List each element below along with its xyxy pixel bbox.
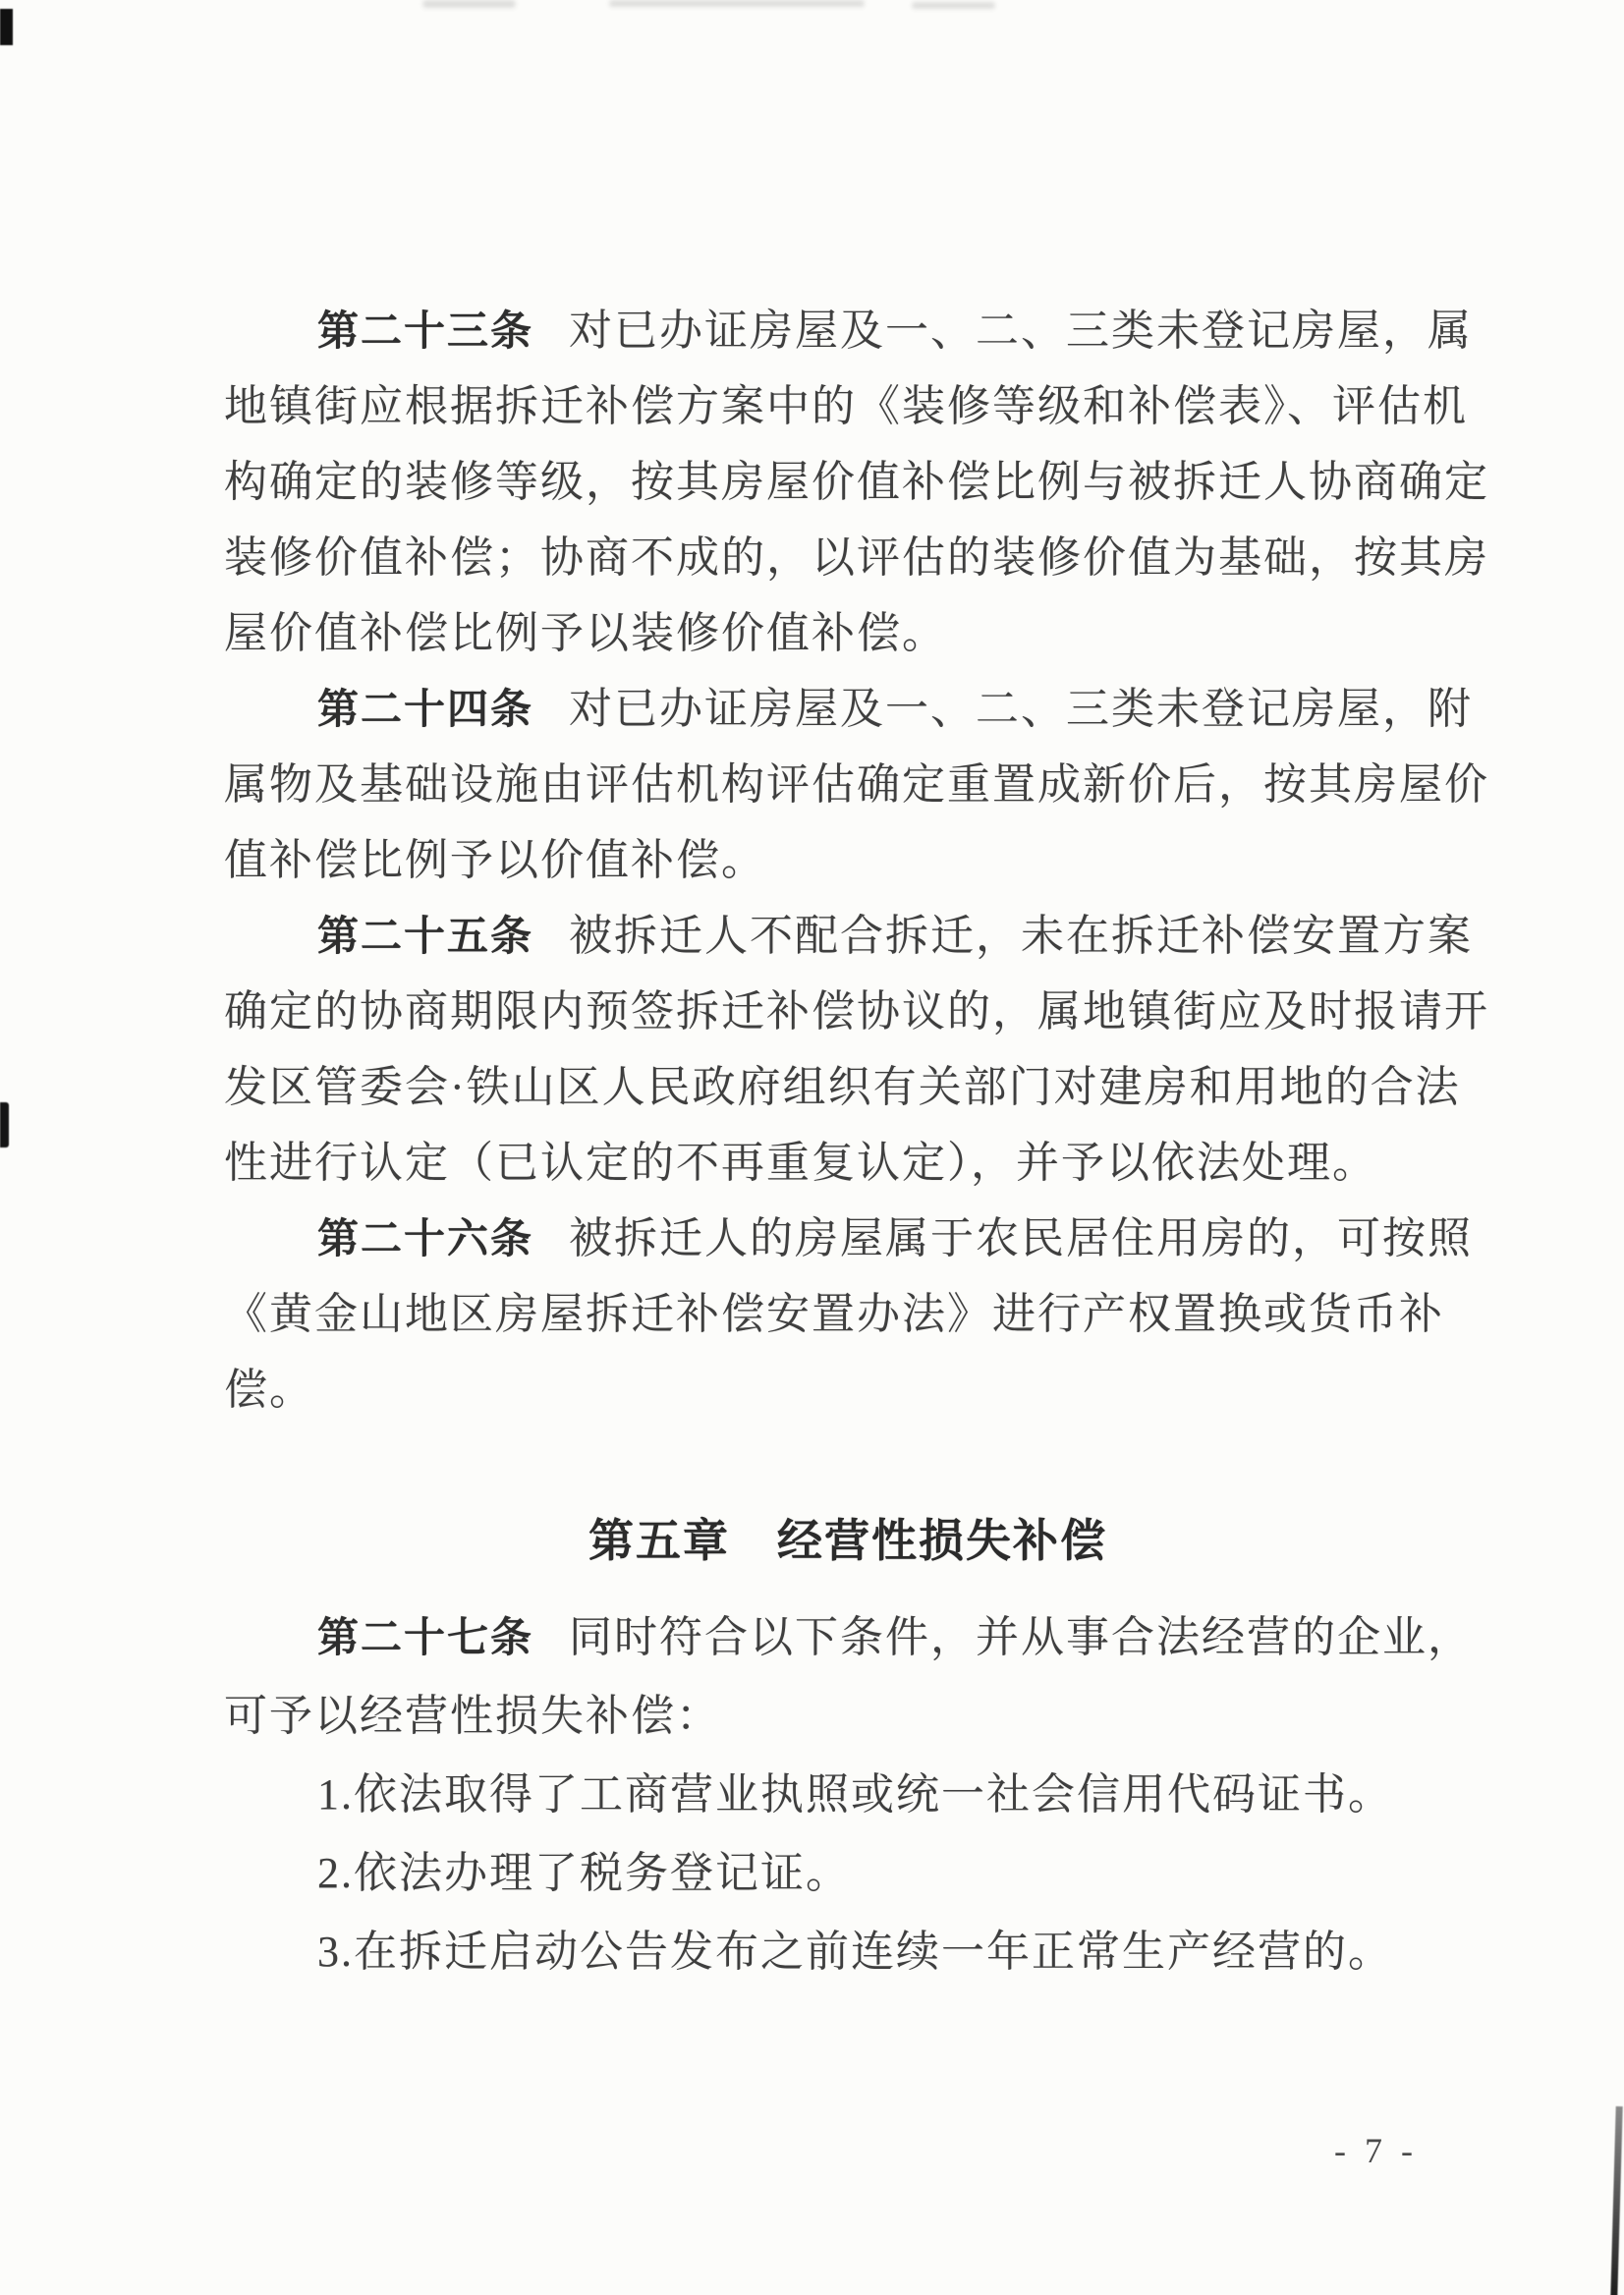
article-26-line-1-text: 被拆迁人的房屋属于农民居住用房的，可按照 [569, 1214, 1473, 1262]
document-page: 第二十三条对已办证房屋及一、二、三类未登记房屋，属 地镇街应根据拆迁补偿方案中的… [0, 0, 1624, 2295]
article-24-paragraph: 第二十四条对已办证房屋及一、二、三类未登记房屋，附 属物及基础设施由评估机构评估… [224, 671, 1491, 898]
content-area-lower: 第二十七条同时符合以下条件，并从事合法经营的企业， 可予以经营性损失补偿： 1.… [224, 1598, 1491, 1991]
article-27-paragraph: 第二十七条同时符合以下条件，并从事合法经营的企业， 可予以经营性损失补偿： [224, 1598, 1491, 1756]
article-24-line-2: 属物及基础设施由评估机构评估确定重置成新价后，按其房屋价 [224, 747, 1491, 822]
article-25-line-3: 发区管委会·铁山区人民政府组织有关部门对建房和用地的合法 [224, 1049, 1491, 1125]
article-26-number: 第二十六条 [317, 1215, 533, 1261]
article-23-line-4: 装修价值补偿；协商不成的，以评估的装修价值为基础，按其房 [224, 520, 1491, 595]
list-item-3: 3.在拆迁启动公告发布之前连续一年正常生产经营的。 [224, 1913, 1491, 1991]
article-24-line-3: 值补偿比例予以价值补偿。 [224, 822, 1491, 898]
content-area: 第二十三条对已办证房屋及一、二、三类未登记房屋，属 地镇街应根据拆迁补偿方案中的… [224, 293, 1491, 1427]
article-27-line-1: 第二十七条同时符合以下条件，并从事合法经营的企业， [224, 1598, 1491, 1677]
article-23-line-3: 构确定的装修等级，按其房屋价值补偿比例与被拆迁人协商确定 [224, 444, 1491, 520]
scan-edge-line-bottom-right [1610, 2106, 1622, 2295]
article-23-line-1: 第二十三条对已办证房屋及一、二、三类未登记房屋，属 [224, 293, 1491, 368]
article-25-line-4: 性进行认定（已认定的不再重复认定），并予以依法处理。 [224, 1125, 1491, 1201]
article-24-number: 第二十四条 [317, 686, 533, 732]
article-25-number: 第二十五条 [317, 913, 533, 959]
conditions-list: 1.依法取得了工商营业执照或统一社会信用代码证书。 2.依法办理了税务登记证。 … [224, 1756, 1491, 1991]
article-23-number: 第二十三条 [317, 308, 533, 354]
article-23-line-1-text: 对已办证房屋及一、二、三类未登记房屋，属 [569, 307, 1473, 355]
article-24-line-1-text: 对已办证房屋及一、二、三类未登记房屋，附 [569, 685, 1473, 733]
article-27-number: 第二十七条 [317, 1614, 533, 1660]
scan-mark-left-edge [0, 1102, 9, 1147]
article-25-line-1: 第二十五条被拆迁人不配合拆迁，未在拆迁补偿安置方案 [224, 898, 1491, 974]
article-26-line-2: 《黄金山地区房屋拆迁补偿安置办法》进行产权置换或货币补 [224, 1276, 1491, 1352]
scan-smudge-top-2 [609, 0, 865, 7]
scan-smudge-top-3 [912, 2, 995, 9]
article-25-line-2: 确定的协商期限内预签拆迁补偿协议的，属地镇街应及时报请开 [224, 974, 1491, 1049]
article-26-paragraph: 第二十六条被拆迁人的房屋属于农民居住用房的，可按照 《黄金山地区房屋拆迁补偿安置… [224, 1201, 1491, 1427]
article-23-line-5: 屋价值补偿比例予以装修价值补偿。 [224, 595, 1491, 671]
page-number: - 7 - [1334, 2130, 1418, 2171]
article-26-line-1: 第二十六条被拆迁人的房屋属于农民居住用房的，可按照 [224, 1201, 1491, 1276]
article-24-line-1: 第二十四条对已办证房屋及一、二、三类未登记房屋，附 [224, 671, 1491, 747]
article-27-line-1-text: 同时符合以下条件，并从事合法经营的企业， [569, 1613, 1473, 1661]
article-25-paragraph: 第二十五条被拆迁人不配合拆迁，未在拆迁补偿安置方案 确定的协商期限内预签拆迁补偿… [224, 898, 1491, 1201]
list-item-1: 1.依法取得了工商营业执照或统一社会信用代码证书。 [224, 1756, 1491, 1834]
article-27-line-2: 可予以经营性损失补偿： [224, 1677, 1491, 1756]
article-23-line-2: 地镇街应根据拆迁补偿方案中的《装修等级和补偿表》、评估机 [224, 368, 1491, 444]
chapter-5-heading: 第五章 经营性损失补偿 [224, 1501, 1472, 1580]
article-26-line-3: 偿。 [224, 1352, 1491, 1427]
article-25-line-1-text: 被拆迁人不配合拆迁，未在拆迁补偿安置方案 [569, 912, 1473, 960]
scan-smudge-top-1 [422, 0, 516, 8]
list-item-2: 2.依法办理了税务登记证。 [224, 1834, 1491, 1913]
scan-mark-top-left [0, 9, 13, 45]
article-23-paragraph: 第二十三条对已办证房屋及一、二、三类未登记房屋，属 地镇街应根据拆迁补偿方案中的… [224, 293, 1491, 671]
